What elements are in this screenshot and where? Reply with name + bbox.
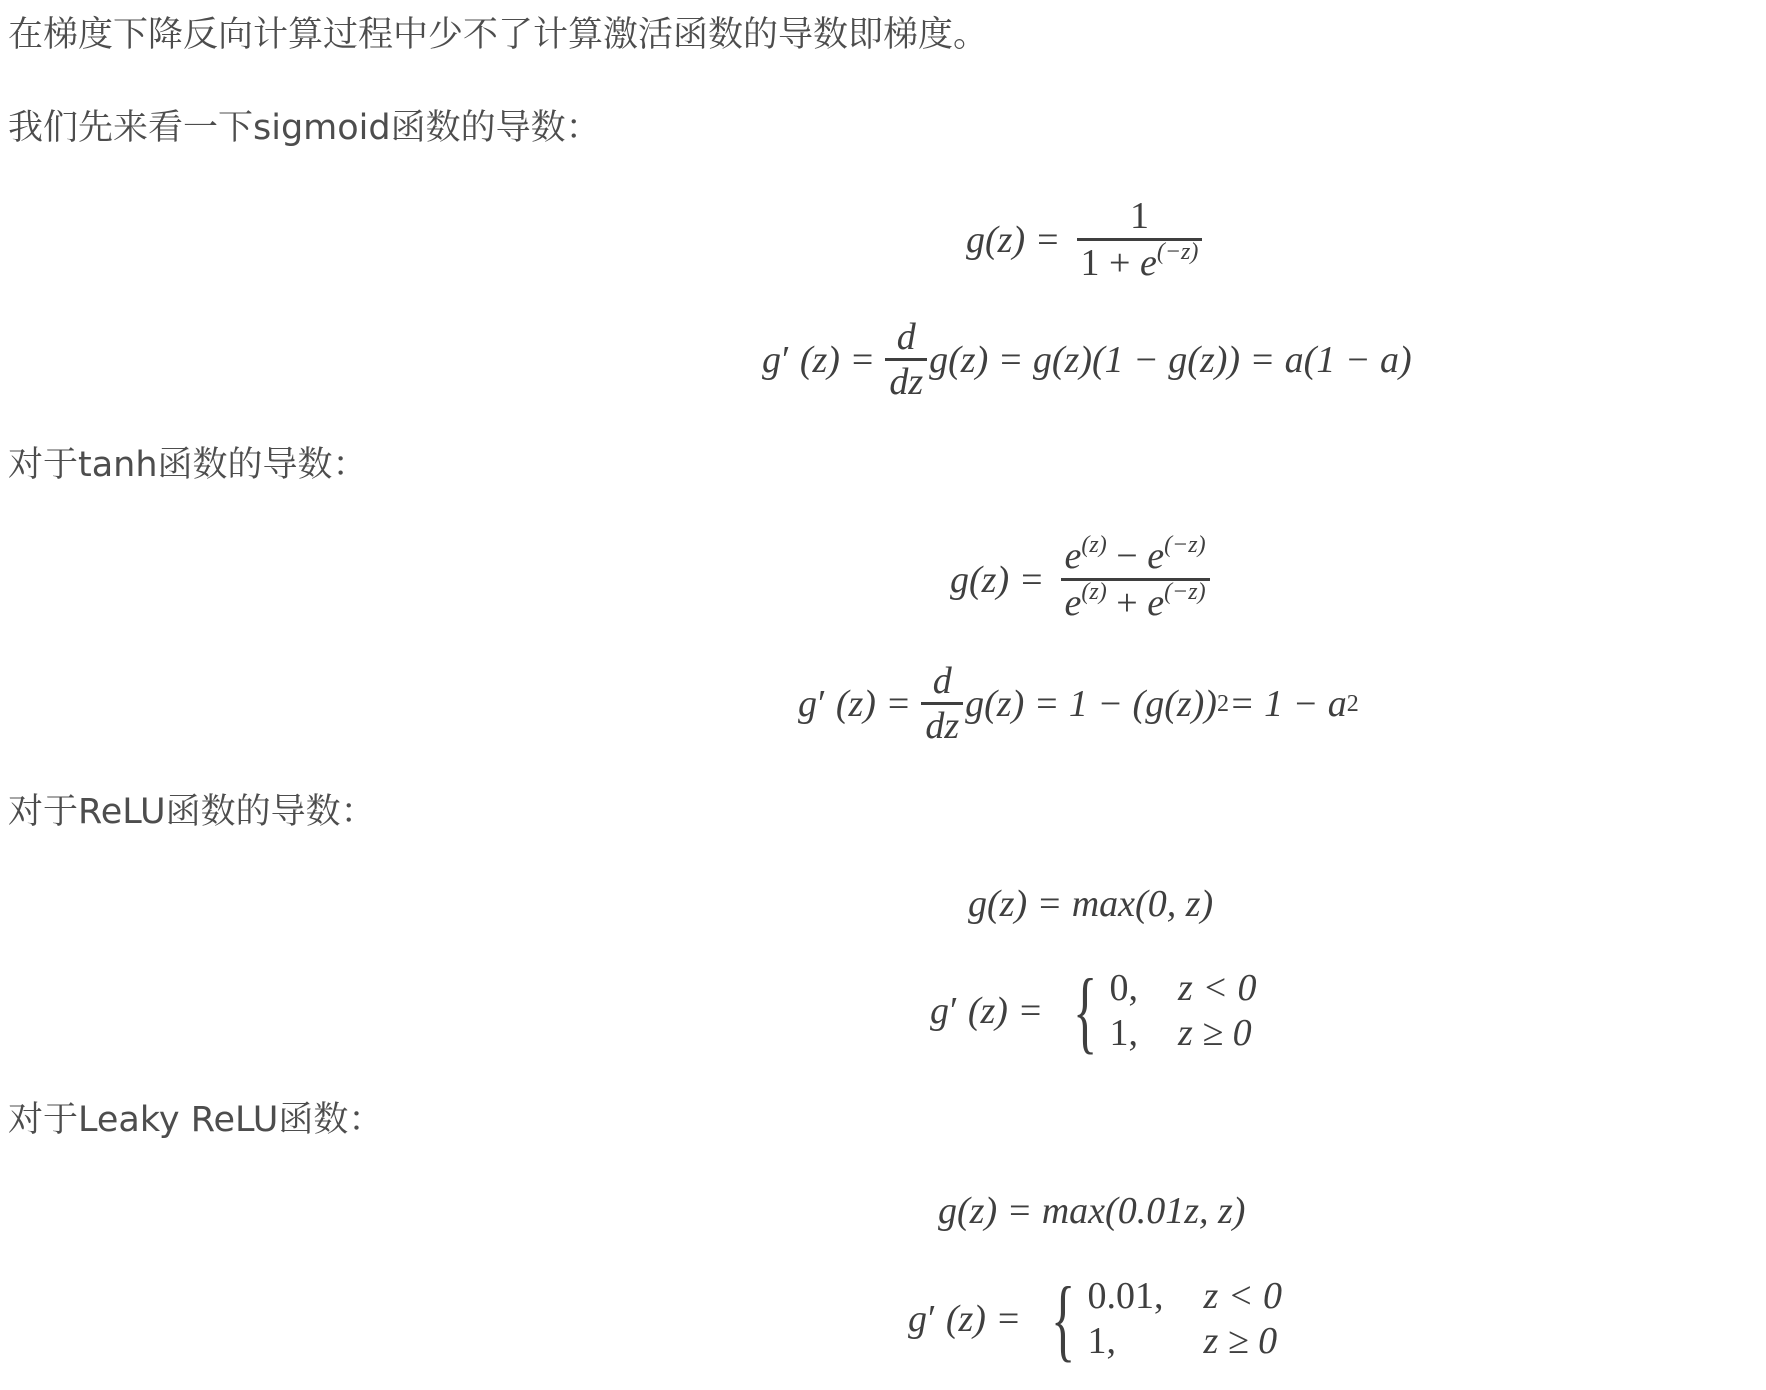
exponent: (z) (1081, 532, 1106, 558)
tanh-numerator: e(z) − e(−z) (1061, 534, 1210, 578)
sigmoid-lhs: g(z) (966, 218, 1025, 262)
prime-mark: ′ (818, 682, 826, 726)
tanh-heading: 对于tanh函数的导数： (8, 443, 368, 487)
sigmoid-fraction: 1 1 + e(−z) (1077, 194, 1203, 285)
derivative-operator: d dz (885, 316, 927, 403)
leaky-relu-formula: g(z) = max(0.01z, z) (938, 1189, 1245, 1233)
equals-sign: = (852, 338, 873, 382)
case-value: 0, (1110, 966, 1139, 1011)
relu-heading: 对于ReLU函数的导数： (8, 790, 376, 834)
tanh-lhs: g(z) (950, 558, 1009, 602)
exp-base: e (1065, 582, 1082, 624)
lhs-arg: (z) (800, 338, 840, 382)
exp-base: e (1140, 242, 1157, 284)
case-condition: z ≥ 0 (1178, 1011, 1256, 1056)
relu-derivative-equation: g′ (z) = { 0, z < 0 1, z ≥ 0 (930, 965, 1256, 1057)
tanh-equation: g(z) = e(z) − e(−z) e(z) + e(−z) (950, 534, 1216, 625)
tanh-derivative-rhs-a: g(z) = 1 − (g(z)) (965, 682, 1217, 726)
case-condition: z ≥ 0 (1204, 1319, 1282, 1364)
case-rows: 0, z < 0 1, z ≥ 0 (1110, 966, 1257, 1056)
intro-paragraph: 在梯度下降反向计算过程中少不了计算激活函数的导数即梯度。 (8, 13, 988, 57)
g-symbol: g (762, 338, 781, 382)
case-value: 1, (1110, 1011, 1139, 1056)
sigmoid-derivative-equation: g′ (z) = d dz g(z) = g(z)(1 − g(z)) = a(… (762, 316, 1412, 403)
relu-formula: g(z) = max(0, z) (968, 882, 1213, 926)
case-condition: z < 0 (1178, 966, 1256, 1011)
exponent: (−z) (1157, 239, 1199, 265)
left-brace: { (1051, 1273, 1075, 1365)
prime-mark: ′ (782, 338, 790, 382)
tanh-denominator: e(z) + e(−z) (1061, 581, 1210, 625)
g-symbol: g (930, 989, 949, 1033)
relu-equation: g(z) = max(0, z) (968, 882, 1213, 926)
dz-denominator: dz (921, 705, 963, 747)
prime-mark: ′ (928, 1297, 936, 1341)
tanh-derivative-rhs-b: = 1 − a (1229, 682, 1347, 726)
left-brace: { (1073, 965, 1097, 1057)
case-rows: 0.01, z < 0 1, z ≥ 0 (1088, 1274, 1282, 1364)
prime-mark: ′ (950, 989, 958, 1033)
den-term: 1 + (1081, 242, 1140, 284)
equals-sign: = (1020, 989, 1041, 1033)
d-numerator: d (893, 316, 920, 358)
lhs-arg: (z) (946, 1297, 986, 1341)
exponent: (−z) (1164, 579, 1206, 605)
exponent: (−z) (1164, 532, 1206, 558)
minus-operator: − (1107, 535, 1147, 577)
dz-denominator: dz (885, 361, 927, 403)
leaky-relu-derivative-equation: g′ (z) = { 0.01, z < 0 1, z ≥ 0 (908, 1273, 1282, 1365)
piecewise-cases: { 0, z < 0 1, z ≥ 0 (1063, 965, 1256, 1057)
derivative-operator: d dz (921, 660, 963, 747)
tanh-derivative-equation: g′ (z) = d dz g(z) = 1 − (g(z))2 = 1 − a… (798, 660, 1359, 747)
exp-base: e (1065, 535, 1082, 577)
equals-sign: = (1021, 558, 1042, 602)
equals-sign: = (888, 682, 909, 726)
equals-sign: = (1037, 218, 1058, 262)
case-value: 1, (1088, 1319, 1164, 1364)
exponent: (z) (1081, 579, 1106, 605)
sigmoid-equation: g(z) = 1 1 + e(−z) (966, 194, 1208, 285)
lhs-arg: (z) (836, 682, 876, 726)
leaky-relu-equation: g(z) = max(0.01z, z) (938, 1189, 1245, 1233)
piecewise-cases: { 0.01, z < 0 1, z ≥ 0 (1041, 1273, 1282, 1365)
exp-base: e (1147, 582, 1164, 624)
exp-base: e (1147, 535, 1164, 577)
d-numerator: d (929, 660, 956, 702)
sigmoid-numerator: 1 (1126, 194, 1153, 238)
sigmoid-derivative-rhs: g(z) = g(z)(1 − g(z)) = a(1 − a) (929, 338, 1411, 382)
g-symbol: g (798, 682, 817, 726)
tanh-fraction: e(z) − e(−z) e(z) + e(−z) (1061, 534, 1210, 625)
case-value: 0.01, (1088, 1274, 1164, 1319)
plus-operator: + (1107, 582, 1147, 624)
sigmoid-denominator: 1 + e(−z) (1077, 241, 1203, 285)
leaky-relu-heading: 对于Leaky ReLU函数： (8, 1098, 383, 1142)
g-symbol: g (908, 1297, 927, 1341)
sigmoid-heading: 我们先来看一下sigmoid函数的导数： (8, 106, 601, 150)
lhs-arg: (z) (968, 989, 1008, 1033)
equals-sign: = (998, 1297, 1019, 1341)
case-condition: z < 0 (1204, 1274, 1282, 1319)
